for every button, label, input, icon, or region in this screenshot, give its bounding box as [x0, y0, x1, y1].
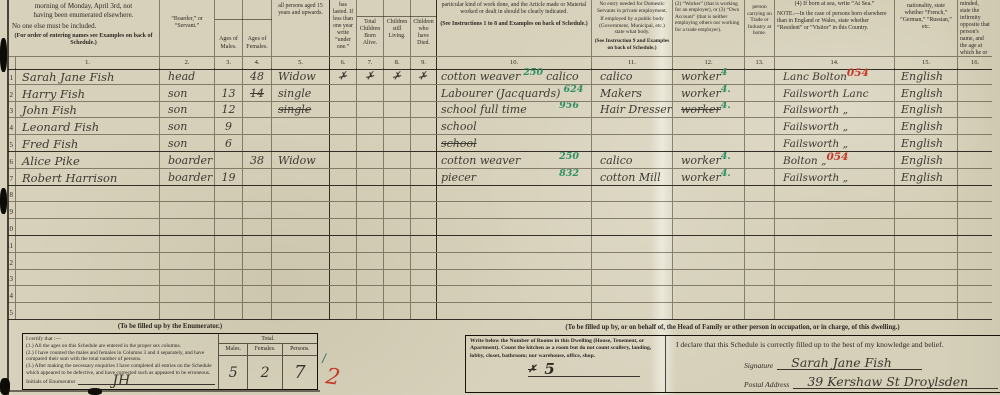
cell-children-born	[357, 135, 384, 151]
cell-children-died	[411, 286, 437, 302]
cell-name: Sarah Jane Fish	[16, 68, 160, 84]
postal-address-label: Postal Address	[744, 380, 789, 389]
cell-at-home	[745, 152, 775, 168]
rooms-count-value: 5	[544, 363, 554, 376]
declaration-text: I declare that this Schedule is correctl…	[676, 340, 1000, 349]
table-row: 4Leonard Fishson9schoolFailsworth „Engli…	[8, 118, 992, 135]
row-number: 1	[8, 68, 16, 84]
cell-children-born	[357, 270, 384, 286]
males-total: 5	[219, 356, 248, 389]
cell-relationship: son	[160, 85, 215, 101]
cell-nationality: English	[895, 152, 958, 168]
cell-years-married	[330, 169, 357, 185]
cell-years-married	[330, 152, 357, 168]
males-header: Males.	[219, 344, 248, 356]
cell-children-died: ✗	[411, 68, 437, 84]
cell-birthplace	[775, 186, 895, 202]
cell-nationality	[895, 303, 958, 319]
cell-employment-status: worker4.	[673, 85, 745, 101]
cell-at-home	[745, 303, 775, 319]
header-nationality: nationality, state whether “French,” “Ge…	[895, 0, 958, 56]
cell-marriage	[272, 236, 330, 252]
cell-at-home	[745, 135, 775, 151]
cell-infirmity	[958, 303, 992, 319]
table-row: 5Fred Fishson6schoolFailsworth „English	[8, 135, 992, 152]
cell-marriage	[272, 253, 330, 269]
cell-age-male	[215, 152, 243, 168]
cell-name	[16, 219, 160, 235]
rooms-entry-line: ✗ 5	[528, 363, 640, 377]
cell-name: John Fish	[16, 102, 160, 118]
persons-total: 7	[283, 356, 317, 389]
cell-age-male: 6	[215, 135, 243, 151]
cell-age-male	[215, 303, 243, 319]
cell-age-male	[215, 202, 243, 218]
cell-years-married	[330, 219, 357, 235]
cell-age-male: 9	[215, 118, 243, 134]
cell-nationality: English	[895, 135, 958, 151]
cell-infirmity	[958, 270, 992, 286]
row-number: 7	[8, 169, 16, 185]
header-rule	[215, 19, 272, 20]
cell-name	[16, 186, 160, 202]
cell-name: Leonard Fish	[16, 118, 160, 134]
cell-birthplace: Bolton „054	[775, 152, 895, 168]
cell-age-female: 48	[243, 68, 272, 84]
enumerator-section-title: (To be filled up by the Enumerator.)	[22, 323, 318, 330]
cell-industry	[592, 303, 673, 319]
cell-birthplace: Failsworth „	[775, 135, 895, 151]
cell-infirmity	[958, 236, 992, 252]
cell-children-living	[384, 169, 411, 185]
table-row: 7Robert Harrisonboarder19piecer832cotton…	[8, 169, 992, 186]
cell-children-living	[384, 202, 411, 218]
cell-relationship: boarder	[160, 169, 215, 185]
cell-industry: calico	[592, 152, 673, 168]
cell-age-male	[215, 219, 243, 235]
cell-nationality: English	[895, 85, 958, 101]
cell-children-born	[357, 286, 384, 302]
row-number: 11	[8, 236, 16, 252]
hole-punch-mark	[0, 188, 7, 214]
cell-children-died	[411, 118, 437, 134]
cell-name	[16, 303, 160, 319]
cell-employment-status: worker4	[673, 68, 745, 84]
enumerator-initials-signature: JH	[112, 373, 130, 391]
cell-children-died	[411, 270, 437, 286]
cell-industry	[592, 253, 673, 269]
cell-years-married	[330, 253, 357, 269]
cell-name	[16, 270, 160, 286]
header-employment-status: (2) “Worker” (that is working for an emp…	[673, 0, 745, 56]
cell-nationality: English	[895, 68, 958, 84]
cell-children-died	[411, 236, 437, 252]
cell-relationship: boarder	[160, 152, 215, 168]
cell-name	[16, 286, 160, 302]
header-birthplace: (4) If born at sea, write “At Sea.” NOTE…	[775, 0, 895, 56]
females-total: 2	[248, 356, 282, 389]
census-schedule-page: morning of Monday, April 3rd, not having…	[0, 0, 1000, 395]
cell-years-married	[330, 270, 357, 286]
cell-children-died	[411, 186, 437, 202]
cell-children-born: ✗	[357, 68, 384, 84]
cell-marriage	[272, 270, 330, 286]
header-industry: No entry needed for Domestic Servants in…	[592, 0, 673, 56]
bp-code: 054	[847, 68, 869, 79]
cell-infirmity	[958, 286, 992, 302]
table-row: 1Sarah Jane Fishhead48Widow✗✗✗✗cotton we…	[8, 68, 992, 85]
header-ages-females: Ages of Females.	[243, 0, 272, 56]
signature-label: Signature	[744, 361, 773, 370]
cell-age-female	[243, 102, 272, 118]
cell-age-female	[243, 202, 272, 218]
cell-employment-status	[673, 219, 745, 235]
cell-marriage: Widow	[272, 152, 330, 168]
table-row: 2Harry Fishson1314singleLabourer (Jacqua…	[8, 85, 992, 102]
cell-name	[16, 253, 160, 269]
cell-infirmity	[958, 253, 992, 269]
cell-occupation	[437, 286, 592, 302]
cell-age-female	[243, 219, 272, 235]
header-ages-males: Ages of Males.	[215, 0, 243, 56]
row-number: 14	[8, 286, 16, 302]
cell-children-born	[357, 219, 384, 235]
cell-age-female	[243, 270, 272, 286]
cell-years-married	[330, 118, 357, 134]
row-number: 12	[8, 253, 16, 269]
cell-industry: calico	[592, 68, 673, 84]
cell-age-female	[243, 135, 272, 151]
row-number: 8	[8, 186, 16, 202]
cell-birthplace: Failsworth „	[775, 118, 895, 134]
header-relationship: “Boarder,” or “Servant.”	[160, 0, 215, 56]
cell-nationality: English	[895, 169, 958, 185]
row-number: 10	[8, 219, 16, 235]
cell-birthplace	[775, 286, 895, 302]
row-number: 6	[8, 152, 16, 168]
cell-age-female: 14	[243, 85, 272, 101]
cell-marriage	[272, 303, 330, 319]
cell-infirmity	[958, 135, 992, 151]
cell-industry	[592, 286, 673, 302]
cell-nationality	[895, 186, 958, 202]
occ-code: 624	[563, 85, 583, 96]
cell-industry	[592, 270, 673, 286]
table-row: 10	[8, 219, 992, 236]
cell-employment-status	[673, 286, 745, 302]
table-row: 11	[8, 236, 992, 253]
cell-birthplace: Failsworth „	[775, 102, 895, 118]
form-bottom-edge	[0, 390, 320, 392]
cell-industry	[592, 118, 673, 134]
cell-children-born	[357, 118, 384, 134]
status-code: 4.	[721, 85, 731, 96]
cell-children-died	[411, 135, 437, 151]
cell-infirmity	[958, 118, 992, 134]
cell-infirmity	[958, 102, 992, 118]
cell-birthplace	[775, 219, 895, 235]
row-number: 3	[8, 102, 16, 118]
cell-infirmity	[958, 68, 992, 84]
cell-nationality: English	[895, 118, 958, 134]
cell-age-male: 13	[215, 85, 243, 101]
cell-age-male	[215, 270, 243, 286]
cell-age-male	[215, 68, 243, 84]
cell-industry: cotton Mill	[592, 169, 673, 185]
cell-infirmity	[958, 186, 992, 202]
cell-marriage	[272, 286, 330, 302]
cell-infirmity	[958, 169, 992, 185]
cell-birthplace	[775, 253, 895, 269]
rooms-crossed-mark: ✗	[528, 363, 536, 376]
row-number: 15	[8, 303, 16, 319]
status-code: 4.	[721, 152, 731, 163]
cell-nationality	[895, 219, 958, 235]
cell-marriage: Widow	[272, 68, 330, 84]
cell-age-female	[243, 118, 272, 134]
cell-marriage	[272, 169, 330, 185]
cell-name	[16, 202, 160, 218]
cell-industry	[592, 135, 673, 151]
cell-name: Alice Pike	[16, 152, 160, 168]
cell-nationality	[895, 253, 958, 269]
cell-marriage	[272, 186, 330, 202]
cell-infirmity	[958, 152, 992, 168]
header-infirmity: minded, state the infirmity opposite tha…	[958, 0, 992, 56]
dwelling-box: Write below the Number of Rooms in this …	[465, 335, 1000, 393]
row-number: 9	[8, 202, 16, 218]
cell-children-born	[357, 303, 384, 319]
cell-age-male	[215, 236, 243, 252]
initials-label: Initials of Enumerator	[26, 379, 75, 386]
cell-years-married	[330, 186, 357, 202]
totals-table: Total. Males. Females. Persons. 5 2 7	[219, 334, 317, 389]
status-code: 4.	[721, 102, 731, 113]
cell-at-home	[745, 236, 775, 252]
cell-at-home	[745, 286, 775, 302]
cell-age-female: 38	[243, 152, 272, 168]
cell-children-living	[384, 118, 411, 134]
cell-children-living	[384, 303, 411, 319]
cell-name: Harry Fish	[16, 85, 160, 101]
red-pencil-annotation: 2	[324, 364, 341, 391]
header-name-column: morning of Monday, April 3rd, not having…	[8, 0, 160, 56]
cell-age-male	[215, 286, 243, 302]
cell-nationality	[895, 236, 958, 252]
cell-employment-status	[673, 186, 745, 202]
cell-years-married	[330, 135, 357, 151]
cell-relationship	[160, 253, 215, 269]
cell-occupation: school	[437, 118, 592, 134]
cell-age-female	[243, 186, 272, 202]
cell-nationality: English	[895, 102, 958, 118]
dwelling-section-title: (To be filled up by, or on behalf of, th…	[465, 324, 1000, 331]
cell-industry	[592, 236, 673, 252]
enumerator-box: I certify that :— (1.) All the ages on t…	[22, 333, 318, 390]
occ-code: 956	[559, 102, 579, 113]
cell-children-living	[384, 186, 411, 202]
cell-industry	[592, 219, 673, 235]
cell-children-living	[384, 85, 411, 101]
cell-employment-status	[673, 270, 745, 286]
cell-name	[16, 236, 160, 252]
cell-children-living: ✗	[384, 68, 411, 84]
cell-children-born	[357, 85, 384, 101]
postal-address-value: 39 Kershaw St Droylsden	[793, 375, 998, 389]
cell-years-married	[330, 286, 357, 302]
cell-occupation: piecer832	[437, 169, 592, 185]
cell-birthplace: Lanc Bolton054	[775, 68, 895, 84]
females-header: Females.	[248, 344, 282, 356]
cell-birthplace: Failsworth „	[775, 169, 895, 185]
cell-marriage: single	[272, 85, 330, 101]
cell-children-died	[411, 85, 437, 101]
column-headers: morning of Monday, April 3rd, not having…	[8, 0, 992, 56]
cell-employment-status	[673, 303, 745, 319]
cell-children-died	[411, 102, 437, 118]
cell-at-home	[745, 219, 775, 235]
cell-at-home	[745, 186, 775, 202]
cell-relationship: son	[160, 135, 215, 151]
cell-relationship: son	[160, 102, 215, 118]
cell-children-born	[357, 202, 384, 218]
header-marriage: all persons aged 15 years and upwards.	[272, 0, 330, 56]
cell-children-died	[411, 219, 437, 235]
bp-code: 054	[826, 152, 848, 163]
cell-occupation	[437, 270, 592, 286]
table-row: 9	[8, 202, 992, 219]
cell-marriage	[272, 219, 330, 235]
row-number: 5	[8, 135, 16, 151]
cell-children-died	[411, 169, 437, 185]
cell-industry: Hair Dresser	[592, 102, 673, 118]
cell-children-living	[384, 270, 411, 286]
cell-at-home	[745, 202, 775, 218]
header-occupation: particular kind of work done, and the Ar…	[437, 0, 592, 56]
totals-title: Total.	[219, 334, 317, 344]
cell-children-living	[384, 219, 411, 235]
cell-children-died	[411, 253, 437, 269]
cell-employment-status: worker4.	[673, 169, 745, 185]
status-code: 4	[721, 68, 728, 79]
table-row: 8	[8, 186, 992, 203]
header-children-died: Children who have Died.	[411, 0, 437, 56]
cell-at-home	[745, 118, 775, 134]
table-row: 15	[8, 303, 992, 320]
cell-relationship	[160, 236, 215, 252]
cell-children-born	[357, 102, 384, 118]
hole-punch-mark	[0, 38, 7, 72]
header-children-born: Total Children Born Alive.	[357, 0, 384, 56]
row-number: 4	[8, 118, 16, 134]
row-number: 2	[8, 85, 16, 101]
cell-relationship	[160, 303, 215, 319]
cell-occupation	[437, 186, 592, 202]
declaration-cell: I declare that this Schedule is correctl…	[666, 336, 1000, 392]
cell-birthplace	[775, 236, 895, 252]
rooms-instruction-cell: Write below the Number of Rooms in this …	[466, 336, 666, 392]
cell-employment-status: worker4.	[673, 102, 745, 118]
cell-children-born	[357, 169, 384, 185]
cell-relationship	[160, 186, 215, 202]
cell-nationality	[895, 270, 958, 286]
cell-infirmity	[958, 85, 992, 101]
cell-relationship	[160, 202, 215, 218]
cell-employment-status	[673, 236, 745, 252]
cell-children-living	[384, 236, 411, 252]
cell-children-living	[384, 286, 411, 302]
cell-marriage: single	[272, 102, 330, 118]
cell-years-married	[330, 303, 357, 319]
ink-blot	[0, 378, 10, 395]
cell-birthplace	[775, 270, 895, 286]
cell-industry	[592, 186, 673, 202]
cell-occupation	[437, 219, 592, 235]
cell-children-died	[411, 202, 437, 218]
cell-employment-status	[673, 253, 745, 269]
cell-nationality	[895, 202, 958, 218]
cell-at-home	[745, 68, 775, 84]
cell-infirmity	[958, 202, 992, 218]
cell-name: Robert Harrison	[16, 169, 160, 185]
cell-relationship: son	[160, 118, 215, 134]
cell-age-female	[243, 303, 272, 319]
cell-nationality	[895, 286, 958, 302]
cell-age-female	[243, 236, 272, 252]
cell-occupation	[437, 202, 592, 218]
cell-at-home	[745, 169, 775, 185]
cell-years-married	[330, 85, 357, 101]
cell-children-died	[411, 303, 437, 319]
cell-occupation	[437, 236, 592, 252]
cell-children-living	[384, 152, 411, 168]
cell-age-male: 12	[215, 102, 243, 118]
cell-children-born	[357, 186, 384, 202]
cell-years-married	[330, 236, 357, 252]
cell-birthplace: Failsworth Lanc	[775, 85, 895, 101]
cell-employment-status: worker4.	[673, 152, 745, 168]
cell-age-male: 19	[215, 169, 243, 185]
initials-line: JH	[78, 384, 215, 385]
cell-years-married: ✗	[330, 68, 357, 84]
cell-industry: Makers	[592, 85, 673, 101]
cell-children-born	[357, 152, 384, 168]
cell-relationship	[160, 286, 215, 302]
cell-children-born	[357, 236, 384, 252]
header-years-married: has lasted. If less than one year write …	[330, 0, 357, 56]
cell-children-born	[357, 253, 384, 269]
row-number: 13	[8, 270, 16, 286]
cell-marriage	[272, 135, 330, 151]
header-rule	[357, 16, 437, 17]
cell-children-living	[384, 253, 411, 269]
cell-at-home	[745, 270, 775, 286]
cell-marriage	[272, 202, 330, 218]
table-row: 3John Fishson12singleschool full time956…	[8, 102, 992, 119]
cell-children-living	[384, 135, 411, 151]
cell-relationship: head	[160, 68, 215, 84]
cell-years-married	[330, 202, 357, 218]
cell-occupation: cotton weaver250calico	[437, 68, 592, 84]
cell-relationship	[160, 270, 215, 286]
cell-age-female	[243, 253, 272, 269]
cell-occupation	[437, 303, 592, 319]
cell-at-home	[745, 85, 775, 101]
cell-employment-status	[673, 118, 745, 134]
cell-name: Fred Fish	[16, 135, 160, 151]
header-children-living: Children still Living.	[384, 0, 411, 56]
cell-infirmity	[958, 219, 992, 235]
